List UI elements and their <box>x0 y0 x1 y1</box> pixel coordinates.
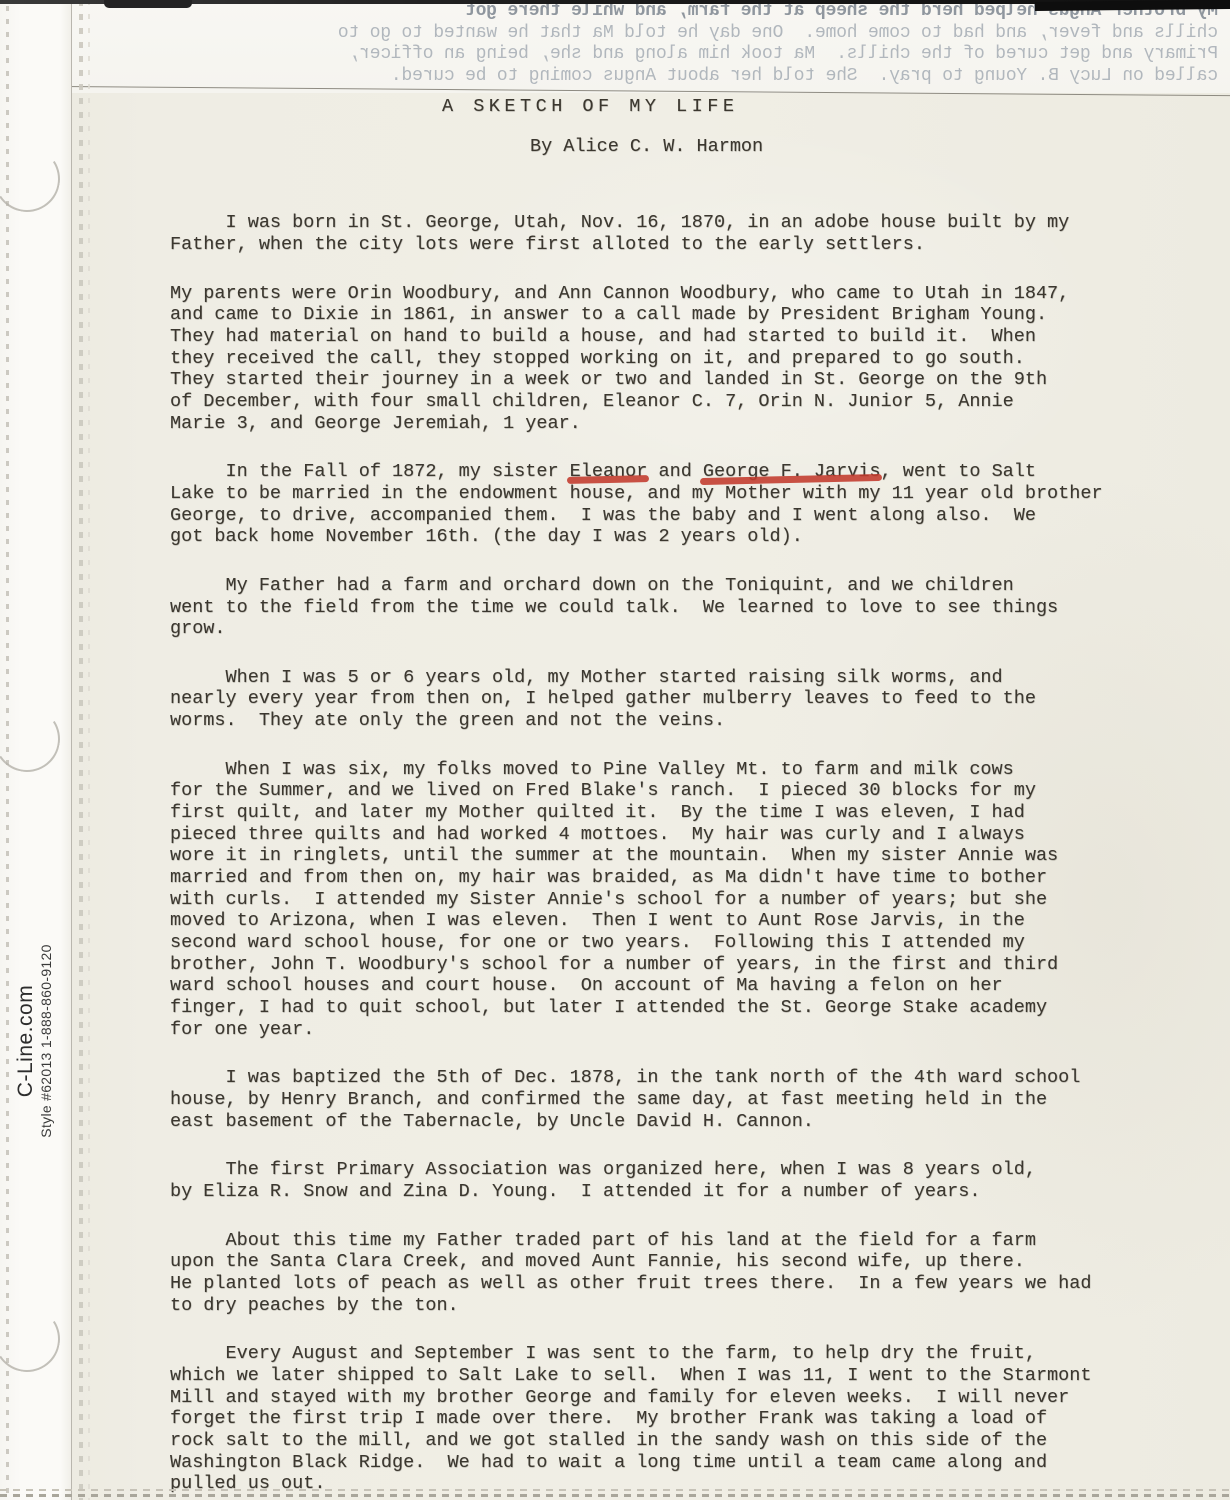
document-body: A SKETCH OF MY LIFE By Alice C. W. Harmo… <box>170 96 1130 1495</box>
text-line: My parents were Orin Woodbury, and Ann C… <box>170 283 1130 305</box>
text-line: I was baptized the 5th of Dec. 1878, in … <box>170 1067 1130 1089</box>
text-line: Lake to be married in the endowment hous… <box>170 483 1130 505</box>
text-line: The first Primary Association was organi… <box>170 1159 1130 1181</box>
text-line: house, by Henry Branch, and confirmed th… <box>170 1089 1130 1111</box>
text-line: to dry peaches by the ton. <box>170 1295 1130 1317</box>
text-line: with curls. I attended my Sister Annie's… <box>170 889 1130 911</box>
text-line: which we later shipped to Salt Lake to s… <box>170 1365 1130 1387</box>
stitch-marks-bottom-edge-faint <box>0 1489 1230 1491</box>
text-line: upon the Santa Clara Creek, and moved Au… <box>170 1251 1130 1273</box>
paragraph: I was born in St. George, Utah, Nov. 16,… <box>170 212 1130 255</box>
paragraphs-container: I was born in St. George, Utah, Nov. 16,… <box>170 212 1130 1495</box>
text-line: He planted lots of peach as well as othe… <box>170 1273 1130 1295</box>
text-line: ward school houses and court house. On a… <box>170 975 1130 997</box>
text-line: They had material on hand to build a hou… <box>170 326 1130 348</box>
text-line: In the Fall of 1872, my sister Eleanor a… <box>170 461 1130 483</box>
scanned-document-page: My brother Angus helped herd the sheep a… <box>0 0 1230 1500</box>
bleed-through-text: My brother Angus helped herd the sheep a… <box>88 1 1218 87</box>
text-line: and came to Dixie in 1861, in answer to … <box>170 304 1130 326</box>
text-line: for one year. <box>170 1019 1130 1041</box>
text-line: When I was six, my folks moved to Pine V… <box>170 759 1130 781</box>
paragraph: When I was 5 or 6 years old, my Mother s… <box>170 667 1130 732</box>
text-line: They started their journey in a week or … <box>170 369 1130 391</box>
text-line: for the Summer, and we lived on Fred Bla… <box>170 780 1130 802</box>
text-line: Washington Black Ridge. We had to wait a… <box>170 1452 1130 1474</box>
scanner-edge-blob <box>104 0 192 8</box>
red-underline-mark: Eleanor <box>570 461 648 482</box>
text-line: George, to drive, accompanied them. I wa… <box>170 505 1130 527</box>
text-line: of December, with four small children, E… <box>170 391 1130 413</box>
text-line: brother, John T. Woodbury's school for a… <box>170 954 1130 976</box>
bleed-line: called on Lucy B. Young to pray. She tol… <box>88 66 1218 88</box>
binder-edge-label: C-Line.com Style #62013 1-888-860-9120 <box>14 900 62 1182</box>
text-line: forget the first trip I made over there.… <box>170 1408 1130 1430</box>
paragraph: When I was six, my folks moved to Pine V… <box>170 759 1130 1041</box>
cline-style-number-text: Style #62013 1-888-860-9120 <box>38 900 55 1182</box>
text-line: Every August and September I was sent to… <box>170 1343 1130 1365</box>
page-title: A SKETCH OF MY LIFE <box>170 96 1130 118</box>
text-line: they received the call, they stopped wor… <box>170 348 1130 370</box>
text-line: pieced three quilts and had worked 4 mot… <box>170 824 1130 846</box>
text-line: Marie 3, and George Jeremiah, 1 year. <box>170 413 1130 435</box>
paragraph: The first Primary Association was organi… <box>170 1159 1130 1202</box>
text-line: rock salt to the mill, and we got stalle… <box>170 1430 1130 1452</box>
text-line: worms. They ate only the green and not t… <box>170 710 1130 732</box>
text-line: grow. <box>170 618 1130 640</box>
cline-brand-text: C-Line.com <box>14 900 38 1182</box>
paragraph: Every August and September I was sent to… <box>170 1343 1130 1495</box>
bleed-line: Primary and get cured of the chills. Ma … <box>88 44 1218 66</box>
stitch-marks-inner-edge-faint <box>88 0 90 1500</box>
text-line: About this time my Father traded part of… <box>170 1230 1130 1252</box>
text-line: Mill and stayed with my brother George a… <box>170 1387 1130 1409</box>
paragraph: About this time my Father traded part of… <box>170 1230 1130 1317</box>
text-line: Father, when the city lots were first al… <box>170 234 1130 256</box>
text-line: east basement of the Tabernacle, by Uncl… <box>170 1111 1130 1133</box>
bleed-through-sheet: My brother Angus helped herd the sheep a… <box>60 0 1230 93</box>
paragraph: My Father had a farm and orchard down on… <box>170 575 1130 640</box>
stitch-marks-bottom-edge <box>0 1494 1230 1497</box>
text-line: by Eliza R. Snow and Zina D. Young. I at… <box>170 1181 1130 1203</box>
text-line: finger, I had to quit school, but later … <box>170 997 1130 1019</box>
paragraph: In the Fall of 1872, my sister Eleanor a… <box>170 461 1130 548</box>
text-line: I was born in St. George, Utah, Nov. 16,… <box>170 212 1130 234</box>
text-line: wore it in ringlets, until the summer at… <box>170 845 1130 867</box>
text-line: nearly every year from then on, I helped… <box>170 688 1130 710</box>
paragraph: My parents were Orin Woodbury, and Ann C… <box>170 283 1130 435</box>
red-underline-mark: George F. Jarvis <box>703 461 881 482</box>
stitch-marks-inner-edge <box>79 0 83 1500</box>
text-line: got back home November 16th. (the day I … <box>170 526 1130 548</box>
text-line: married and from then on, my hair was br… <box>170 867 1130 889</box>
bleed-line: chills and fever, and had to come home. … <box>88 23 1218 45</box>
text-line: When I was 5 or 6 years old, my Mother s… <box>170 667 1130 689</box>
byline: By Alice C. W. Harmon <box>170 136 1130 158</box>
text-line: pulled us out. <box>170 1473 1130 1495</box>
paragraph: I was baptized the 5th of Dec. 1878, in … <box>170 1067 1130 1132</box>
text-line: second ward school house, for one or two… <box>170 932 1130 954</box>
text-line: first quilt, and later my Mother quilted… <box>170 802 1130 824</box>
text-line: My Father had a farm and orchard down on… <box>170 575 1130 597</box>
text-line: went to the field from the time we could… <box>170 597 1130 619</box>
text-line: moved to Arizona, when I was eleven. The… <box>170 910 1130 932</box>
